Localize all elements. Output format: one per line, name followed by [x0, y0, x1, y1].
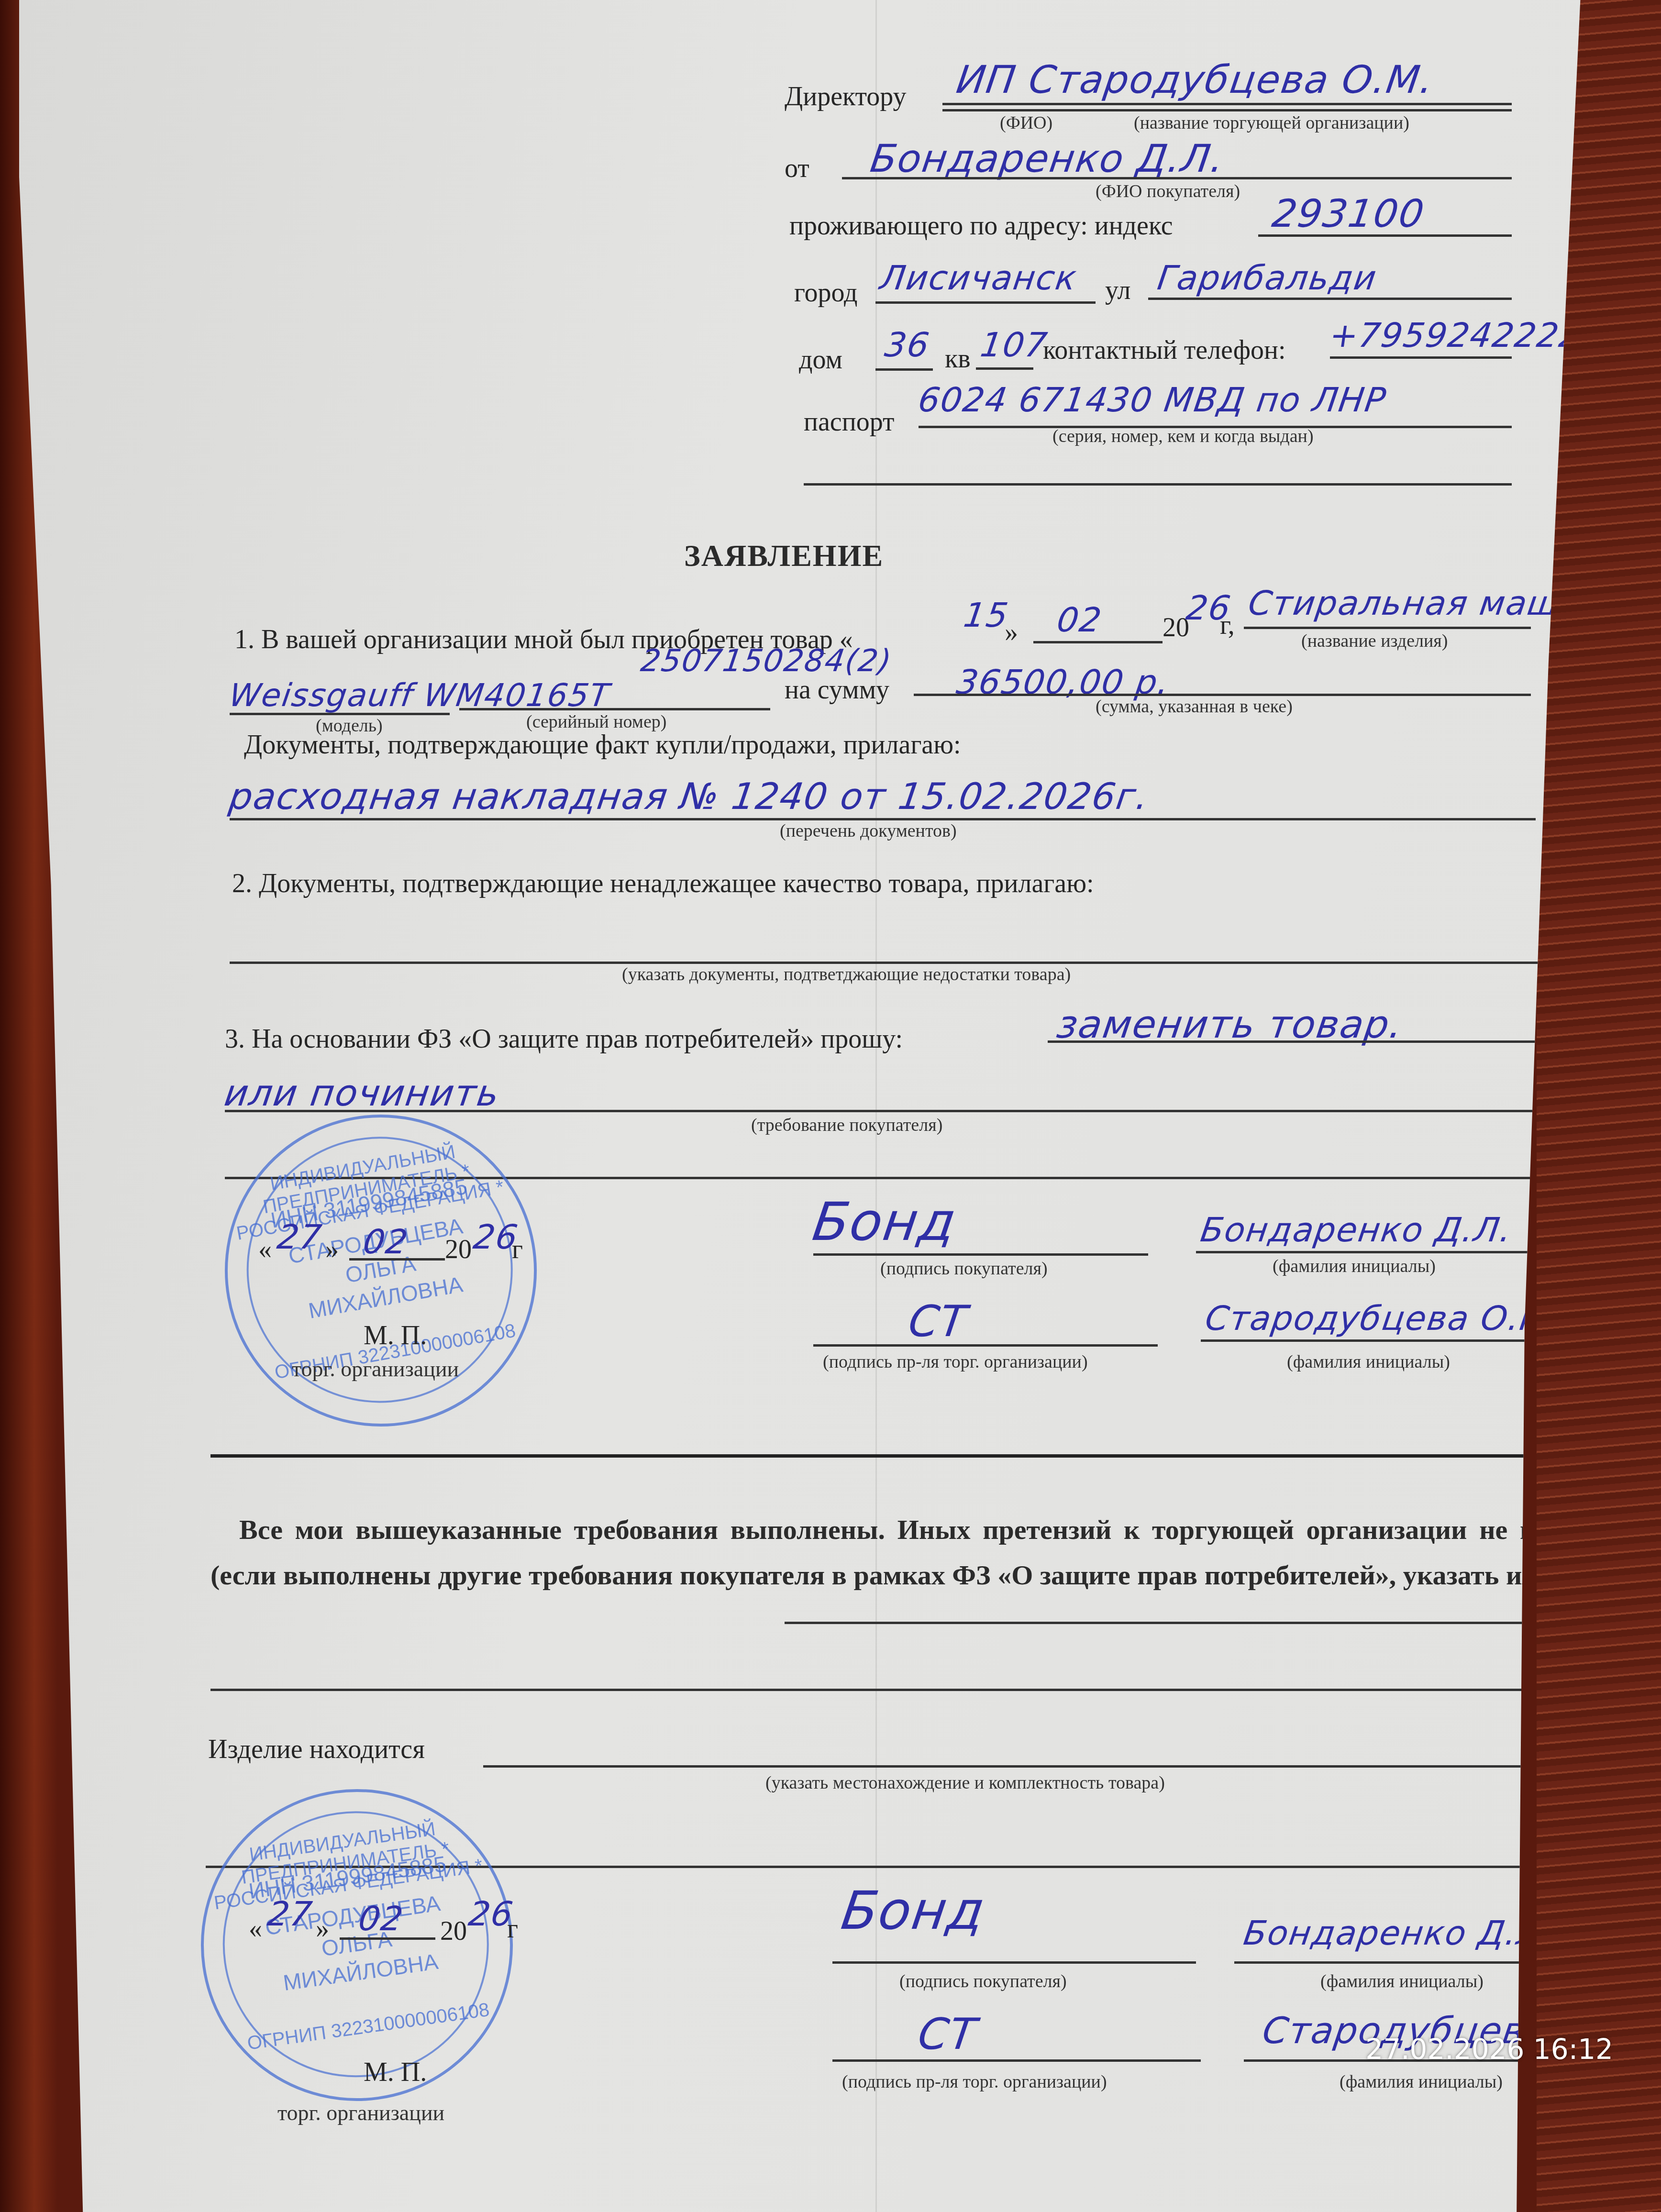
date-open-quote: « — [258, 1234, 272, 1265]
sign1-month: 02 — [361, 1222, 411, 1261]
buyer-sign-line-1 — [813, 1253, 1148, 1256]
docs-label: Документы, подтверждающие факт купли/про… — [244, 730, 961, 760]
seller-name-1: Стародубцева О.М. — [1203, 1299, 1564, 1338]
blank-line — [804, 483, 1512, 486]
passport-hint: (серия, номер, кем и когда выдан) — [1052, 426, 1314, 447]
street-value: Гарибальди — [1155, 258, 1379, 298]
sign2-day: 27 — [265, 1894, 315, 1934]
serial-value: 2507150284(2) — [639, 643, 894, 679]
photo-timestamp: 27.02.2026 16:12 — [1365, 2033, 1613, 2066]
docs-value: расходная накладная № 1240 от 15.02.2026… — [227, 775, 1152, 818]
phone-label: контактный телефон: — [1043, 335, 1285, 365]
seller-sign-hint-2: (подпись пр-ля торг. организации) — [842, 2071, 1107, 2092]
section3-text: 3. На основании ФЗ «О защите прав потреб… — [225, 1024, 903, 1054]
month-line — [1033, 641, 1163, 643]
director-line-2 — [942, 109, 1512, 111]
document-page: Директору ИП Стародубцева О.М. (ФИО) (на… — [19, 0, 1612, 2212]
sign1-year-prefix: 20 — [445, 1234, 472, 1265]
seller-signature-1: СТ — [906, 1296, 971, 1347]
purchase-month: 02 — [1054, 600, 1105, 640]
address-label: проживающего по адресу: индекс — [789, 210, 1173, 241]
buyer-signature-1: Бонд — [809, 1191, 961, 1252]
product-line — [1244, 627, 1531, 629]
from-value: Бондаренко Д.Л. — [867, 136, 1227, 181]
sum-hint: (сумма, указанная в чеке) — [1096, 696, 1293, 717]
buyer-sign-hint-1: (подпись покупателя) — [880, 1258, 1048, 1279]
seller-signature-2: СТ — [915, 2009, 981, 2059]
director-hint-org: (название торгующей организации) — [1134, 112, 1409, 133]
house-label: дом — [799, 344, 842, 375]
phone-line — [1330, 356, 1512, 359]
apt-line — [976, 367, 1033, 370]
from-label: от — [785, 153, 809, 184]
product-hint: (название изделия) — [1301, 630, 1448, 652]
sign1-mp: М. П. — [364, 1320, 427, 1351]
city-line — [875, 301, 1096, 304]
section2-text: 2. Документы, подтверждающие ненадлежаще… — [232, 868, 1094, 899]
location-line — [483, 1765, 1603, 1768]
company-stamp: ИНДИВИДУАЛЬНЫЙ ПРЕДПРИНИМАТЕЛЬ * РОССИЙС… — [200, 1090, 561, 1451]
section3-hint: (требование покупателя) — [751, 1115, 942, 1136]
seller-name-hint-2: (фамилия инициалы) — [1340, 2071, 1503, 2092]
city-label: город — [794, 277, 857, 308]
buyer-sign-hint-2: (подпись покупателя) — [899, 1971, 1067, 1992]
date2-open-quote: « — [249, 1913, 262, 1944]
apt-value: 107 — [978, 325, 1050, 365]
seller-sign-line-1 — [813, 1344, 1158, 1347]
index-line — [1258, 234, 1512, 237]
sign1-month-line — [349, 1258, 445, 1261]
sign2-month-line — [340, 1937, 435, 1940]
house-value: 36 — [882, 325, 932, 365]
location-hint: (указать местонахождение и комплектность… — [765, 1772, 1165, 1793]
apt-label: кв — [945, 343, 971, 374]
sign2-mp: М. П. — [364, 2057, 427, 2088]
buyer-name-1: Бондаренко Д.Л. — [1198, 1210, 1515, 1250]
request-line-2 — [225, 1110, 1545, 1112]
company-stamp-2: ИНДИВИДУАЛЬНЫЙ ПРЕДПРИНИМАТЕЛЬ * РОССИЙС… — [181, 1769, 533, 2121]
from-line — [842, 177, 1512, 179]
sign2-year-g: г — [507, 1913, 518, 1944]
section2-hint: (указать документы, подтветджающие недос… — [622, 964, 1071, 985]
passport-label: паспорт — [804, 407, 894, 437]
location-label: Изделие находится — [208, 1734, 425, 1765]
passport-value: 6024 671430 МВД по ЛНР — [916, 380, 1389, 420]
date-close-quote: » — [325, 1234, 339, 1265]
sign2-year-prefix: 20 — [440, 1916, 467, 1947]
completion-paragraph: Все мои вышеуказанные требования выполне… — [210, 1507, 1588, 1598]
house-line — [875, 368, 933, 371]
buyer-sign-line-2 — [832, 1961, 1196, 1964]
seller-sign-line-2 — [832, 2059, 1201, 2062]
sign1-org: торг. организации — [292, 1356, 459, 1382]
sign2-org: торг. организации — [277, 2100, 444, 2125]
buyer-name-hint-2: (фамилия инициалы) — [1320, 1971, 1484, 1992]
street-label: ул — [1105, 275, 1130, 306]
buyer-name-2: Бондаренко Д.Л. — [1241, 1913, 1558, 1953]
director-hint-fio: (ФИО) — [1000, 112, 1052, 133]
purchase-day: 15 — [961, 596, 1011, 635]
year-g: г, — [1220, 610, 1235, 641]
document-title: ЗАЯВЛЕНИЕ — [684, 538, 884, 574]
sign2-month: 02 — [356, 1899, 406, 1938]
director-line — [942, 103, 1512, 105]
completion-line-1 — [785, 1622, 1588, 1624]
seller-name-line-1 — [1201, 1339, 1574, 1342]
buyer-name-hint-1: (фамилия инициалы) — [1273, 1256, 1436, 1277]
director-label: Директору — [785, 81, 907, 112]
buyer-name-line-1 — [1196, 1251, 1564, 1253]
city-value: Лисичанск — [877, 258, 1079, 298]
index-value: 293100 — [1269, 191, 1427, 236]
seller-sign-hint-1: (подпись пр-ля торг. организации) — [823, 1351, 1088, 1372]
seller-name-hint-1: (фамилия инициалы) — [1287, 1351, 1450, 1372]
buyer-signature-2: Бонд — [838, 1880, 989, 1941]
sign1-day: 27 — [275, 1217, 325, 1257]
sign1-year-g: г — [512, 1234, 523, 1265]
request-line2: или починить — [222, 1072, 503, 1114]
section-divider — [210, 1454, 1588, 1458]
director-value: ИП Стародубцева О.М. — [953, 57, 1437, 102]
street-line — [1148, 298, 1512, 300]
request-line-1 — [1048, 1040, 1540, 1043]
from-hint: (ФИО покупателя) — [1096, 181, 1240, 202]
date2-close-quote: » — [316, 1913, 329, 1944]
completion-line-2 — [210, 1689, 1588, 1691]
serial-line — [459, 708, 770, 710]
docs-hint: (перечень документов) — [780, 820, 957, 841]
sum-label: на сумму — [785, 675, 889, 705]
